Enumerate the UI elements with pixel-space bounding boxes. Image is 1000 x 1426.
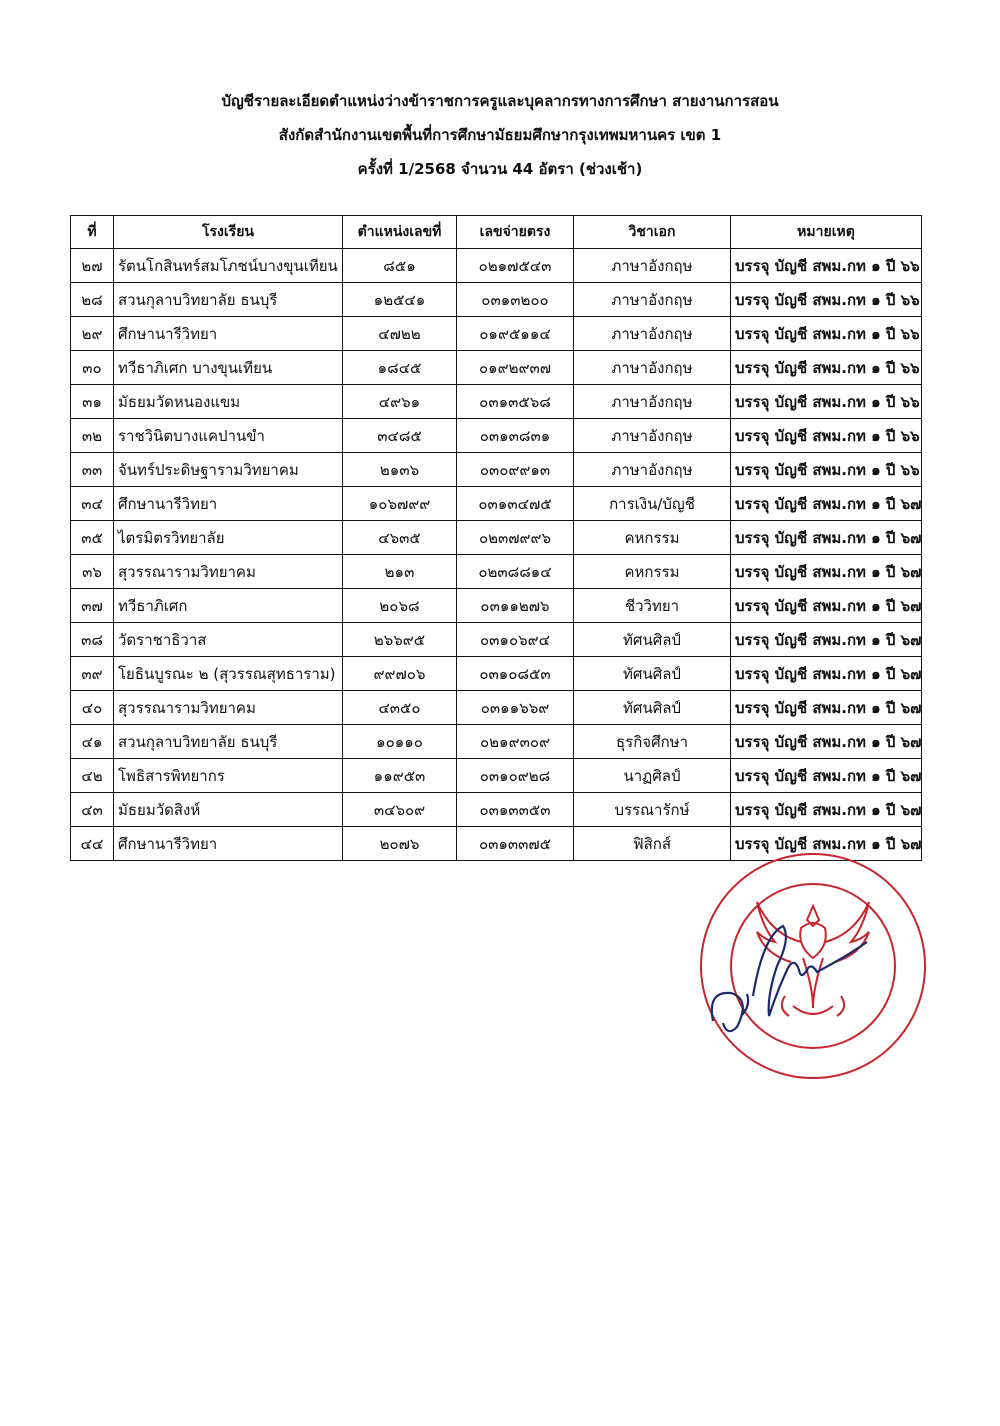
row-number: ๓๔: [71, 487, 114, 521]
pay-number: ๐๓๑๓๔๗๕: [457, 487, 574, 521]
major-subject: ธุรกิจศึกษา: [574, 725, 731, 759]
school-name: มัธยมวัดสิงห์: [114, 793, 343, 827]
major-subject: ภาษาอังกฤษ: [574, 351, 731, 385]
table-row: ๓๒ราชวินิตบางแคปานขำ๓๔๘๕๐๓๑๓๘๓๑ภาษาอังกฤ…: [71, 419, 922, 453]
position-number: ๑๐๑๑๐: [343, 725, 457, 759]
pay-number: ๐๓๑๐๘๕๓: [457, 657, 574, 691]
major-subject: ภาษาอังกฤษ: [574, 249, 731, 283]
header-position: ตำแหน่งเลขที่: [343, 216, 457, 249]
row-number: ๔๒: [71, 759, 114, 793]
table-row: ๓๘วัดราชาธิวาส๒๖๖๙๕๐๓๑๐๖๙๔ทัศนศิลป์บรรจุ…: [71, 623, 922, 657]
school-name: ทวีธาภิเศก: [114, 589, 343, 623]
row-number: ๔๑: [71, 725, 114, 759]
remark: บรรจุ บัญชี สพม.กท ๑ ปี ๖๗: [731, 623, 922, 657]
school-name: สุวรรณารามวิทยาคม: [114, 555, 343, 589]
pay-number: ๐๒๑๙๓๐๙: [457, 725, 574, 759]
official-seal-stamp: [693, 846, 933, 1086]
major-subject: คหกรรม: [574, 521, 731, 555]
position-number: ๑๑๙๕๓: [343, 759, 457, 793]
row-number: ๓๑: [71, 385, 114, 419]
school-name: ศึกษานารีวิทยา: [114, 487, 343, 521]
table-header-row: ที่ โรงเรียน ตำแหน่งเลขที่ เลขจ่ายตรง วิ…: [71, 216, 922, 249]
school-name: ไตรมิตรวิทยาลัย: [114, 521, 343, 555]
school-name: ศึกษานารีวิทยา: [114, 827, 343, 861]
school-name: ราชวินิตบางแคปานขำ: [114, 419, 343, 453]
school-name: ศึกษานารีวิทยา: [114, 317, 343, 351]
table-row: ๓๑มัธยมวัดหนองแขม๔๙๖๑๐๓๑๓๕๖๘ภาษาอังกฤษบร…: [71, 385, 922, 419]
major-subject: ฟิสิกส์: [574, 827, 731, 861]
table-row: ๒๗รัตนโกสินทร์สมโภชน์บางขุนเทียน๘๕๑๐๒๑๗๕…: [71, 249, 922, 283]
position-number: ๓๔๘๕: [343, 419, 457, 453]
row-number: ๓๕: [71, 521, 114, 555]
school-name: มัธยมวัดหนองแขม: [114, 385, 343, 419]
row-number: ๓๐: [71, 351, 114, 385]
school-name: สวนกุลาบวิทยาลัย ธนบุรี: [114, 283, 343, 317]
row-number: ๓๒: [71, 419, 114, 453]
row-number: ๔๐: [71, 691, 114, 725]
school-name: โยธินบูรณะ ๒ (สุวรรณสุทธาราม): [114, 657, 343, 691]
position-number: ๑๐๖๗๙๙: [343, 487, 457, 521]
remark: บรรจุ บัญชี สพม.กท ๑ ปี ๖๗: [731, 691, 922, 725]
table-row: ๒๙ศึกษานารีวิทยา๔๗๒๒๐๑๙๕๑๑๔ภาษาอังกฤษบรร…: [71, 317, 922, 351]
major-subject: การเงิน/บัญชี: [574, 487, 731, 521]
position-number: ๔๖๓๕: [343, 521, 457, 555]
header-major: วิชาเอก: [574, 216, 731, 249]
remark: บรรจุ บัญชี สพม.กท ๑ ปี ๖๖: [731, 283, 922, 317]
remark: บรรจุ บัญชี สพม.กท ๑ ปี ๖๖: [731, 385, 922, 419]
remark: บรรจุ บัญชี สพม.กท ๑ ปี ๖๗: [731, 793, 922, 827]
position-number: ๒๐๗๖: [343, 827, 457, 861]
pay-number: ๐๓๑๓๘๓๑: [457, 419, 574, 453]
major-subject: ภาษาอังกฤษ: [574, 317, 731, 351]
pay-number: ๐๑๙๒๙๓๗: [457, 351, 574, 385]
table-row: ๓๖สุวรรณารามวิทยาคม๒๑๓๐๒๓๘๘๑๔คหกรรมบรรจุ…: [71, 555, 922, 589]
remark: บรรจุ บัญชี สพม.กท ๑ ปี ๖๗: [731, 555, 922, 589]
pay-number: ๐๓๑๑๖๖๙: [457, 691, 574, 725]
major-subject: ภาษาอังกฤษ: [574, 419, 731, 453]
position-number: ๒๐๖๘: [343, 589, 457, 623]
title-line-3: ครั้งที่ 1/2568 จำนวน 44 อัตรา (ช่วงเช้า…: [0, 152, 1000, 186]
position-number: ๔๓๕๐: [343, 691, 457, 725]
remark: บรรจุ บัญชี สพม.กท ๑ ปี ๖๗: [731, 827, 922, 861]
pay-number: ๐๑๙๕๑๑๔: [457, 317, 574, 351]
remark: บรรจุ บัญชี สพม.กท ๑ ปี ๖๖: [731, 249, 922, 283]
school-name: วัดราชาธิวาส: [114, 623, 343, 657]
position-number: ๑๒๕๔๑: [343, 283, 457, 317]
pay-number: ๐๓๑๓๒๐๐: [457, 283, 574, 317]
table-row: ๔๒โพธิสารพิทยากร๑๑๙๕๓๐๓๑๐๙๒๘นาฏศิลป์บรรจ…: [71, 759, 922, 793]
header-pay-no: เลขจ่ายตรง: [457, 216, 574, 249]
pay-number: ๐๓๑๓๓๕๓: [457, 793, 574, 827]
table-row: ๓๓จันทร์ประดิษฐารามวิทยาคม๒๑๓๖๐๓๐๙๙๑๓ภาษ…: [71, 453, 922, 487]
school-name: รัตนโกสินทร์สมโภชน์บางขุนเทียน: [114, 249, 343, 283]
position-number: ๓๔๖๐๙: [343, 793, 457, 827]
major-subject: ภาษาอังกฤษ: [574, 385, 731, 419]
school-name: จันทร์ประดิษฐารามวิทยาคม: [114, 453, 343, 487]
row-number: ๓๓: [71, 453, 114, 487]
table-row: ๓๔ศึกษานารีวิทยา๑๐๖๗๙๙๐๓๑๓๔๗๕การเงิน/บัญ…: [71, 487, 922, 521]
row-number: ๓๖: [71, 555, 114, 589]
pay-number: ๐๓๑๐๖๙๔: [457, 623, 574, 657]
row-number: ๒๙: [71, 317, 114, 351]
position-number: ๒๑๓๖: [343, 453, 457, 487]
row-number: ๓๙: [71, 657, 114, 691]
major-subject: ทัศนศิลป์: [574, 623, 731, 657]
table-row: ๒๘สวนกุลาบวิทยาลัย ธนบุรี๑๒๕๔๑๐๓๑๓๒๐๐ภาษ…: [71, 283, 922, 317]
row-number: ๓๗: [71, 589, 114, 623]
remark: บรรจุ บัญชี สพม.กท ๑ ปี ๖๖: [731, 351, 922, 385]
position-number: ๙๙๗๐๖: [343, 657, 457, 691]
table-row: ๔๓มัธยมวัดสิงห์๓๔๖๐๙๐๓๑๓๓๕๓บรรณารักษ์บรร…: [71, 793, 922, 827]
school-name: สวนกุลาบวิทยาลัย ธนบุรี: [114, 725, 343, 759]
remark: บรรจุ บัญชี สพม.กท ๑ ปี ๖๗: [731, 589, 922, 623]
row-number: ๒๘: [71, 283, 114, 317]
position-number: ๒๑๓: [343, 555, 457, 589]
remark: บรรจุ บัญชี สพม.กท ๑ ปี ๖๖: [731, 453, 922, 487]
vacancy-table: ที่ โรงเรียน ตำแหน่งเลขที่ เลขจ่ายตรง วิ…: [70, 215, 922, 861]
pay-number: ๐๒๓๘๘๑๔: [457, 555, 574, 589]
table-row: ๓๙โยธินบูรณะ ๒ (สุวรรณสุทธาราม)๙๙๗๐๖๐๓๑๐…: [71, 657, 922, 691]
table-row: ๓๕ไตรมิตรวิทยาลัย๔๖๓๕๐๒๓๗๙๙๖คหกรรมบรรจุ …: [71, 521, 922, 555]
school-name: โพธิสารพิทยากร: [114, 759, 343, 793]
row-number: ๓๘: [71, 623, 114, 657]
header-no: ที่: [71, 216, 114, 249]
header-note: หมายเหตุ: [731, 216, 922, 249]
school-name: ทวีธาภิเศก บางขุนเทียน: [114, 351, 343, 385]
remark: บรรจุ บัญชี สพม.กท ๑ ปี ๖๗: [731, 521, 922, 555]
major-subject: ทัศนศิลป์: [574, 691, 731, 725]
remark: บรรจุ บัญชี สพม.กท ๑ ปี ๖๗: [731, 725, 922, 759]
pay-number: ๐๓๐๙๙๑๓: [457, 453, 574, 487]
row-number: ๔๓: [71, 793, 114, 827]
school-name: สุวรรณารามวิทยาคม: [114, 691, 343, 725]
pay-number: ๐๒๓๗๙๙๖: [457, 521, 574, 555]
position-number: ๔๗๒๒: [343, 317, 457, 351]
pay-number: ๐๓๑๓๕๖๘: [457, 385, 574, 419]
position-number: ๘๕๑: [343, 249, 457, 283]
major-subject: ภาษาอังกฤษ: [574, 283, 731, 317]
major-subject: บรรณารักษ์: [574, 793, 731, 827]
header-school: โรงเรียน: [114, 216, 343, 249]
remark: บรรจุ บัญชี สพม.กท ๑ ปี ๖๗: [731, 657, 922, 691]
document-title: บัญชีรายละเอียดตำแหน่งว่างข้าราชการครูแล…: [0, 84, 1000, 186]
major-subject: ภาษาอังกฤษ: [574, 453, 731, 487]
major-subject: นาฏศิลป์: [574, 759, 731, 793]
position-number: ๑๘๔๕: [343, 351, 457, 385]
position-number: ๔๙๖๑: [343, 385, 457, 419]
title-line-1: บัญชีรายละเอียดตำแหน่งว่างข้าราชการครูแล…: [0, 84, 1000, 118]
row-number: ๒๗: [71, 249, 114, 283]
row-number: ๔๔: [71, 827, 114, 861]
table-row: ๓๐ทวีธาภิเศก บางขุนเทียน๑๘๔๕๐๑๙๒๙๓๗ภาษาอ…: [71, 351, 922, 385]
pay-number: ๐๒๑๗๕๔๓: [457, 249, 574, 283]
pay-number: ๐๓๑๓๓๗๕: [457, 827, 574, 861]
remark: บรรจุ บัญชี สพม.กท ๑ ปี ๖๖: [731, 317, 922, 351]
position-number: ๒๖๖๙๕: [343, 623, 457, 657]
table-row: ๓๗ทวีธาภิเศก๒๐๖๘๐๓๑๑๒๗๖ชีววิทยาบรรจุ บัญ…: [71, 589, 922, 623]
major-subject: คหกรรม: [574, 555, 731, 589]
remark: บรรจุ บัญชี สพม.กท ๑ ปี ๖๗: [731, 759, 922, 793]
major-subject: ชีววิทยา: [574, 589, 731, 623]
pay-number: ๐๓๑๐๙๒๘: [457, 759, 574, 793]
remark: บรรจุ บัญชี สพม.กท ๑ ปี ๖๗: [731, 487, 922, 521]
table-row: ๔๔ศึกษานารีวิทยา๒๐๗๖๐๓๑๓๓๗๕ฟิสิกส์บรรจุ …: [71, 827, 922, 861]
table-row: ๔๑สวนกุลาบวิทยาลัย ธนบุรี๑๐๑๑๐๐๒๑๙๓๐๙ธุร…: [71, 725, 922, 759]
remark: บรรจุ บัญชี สพม.กท ๑ ปี ๖๖: [731, 419, 922, 453]
title-line-2: สังกัดสำนักงานเขตพื้นที่การศึกษามัธยมศึก…: [0, 118, 1000, 152]
table-row: ๔๐สุวรรณารามวิทยาคม๔๓๕๐๐๓๑๑๖๖๙ทัศนศิลป์บ…: [71, 691, 922, 725]
pay-number: ๐๓๑๑๒๗๖: [457, 589, 574, 623]
major-subject: ทัศนศิลป์: [574, 657, 731, 691]
